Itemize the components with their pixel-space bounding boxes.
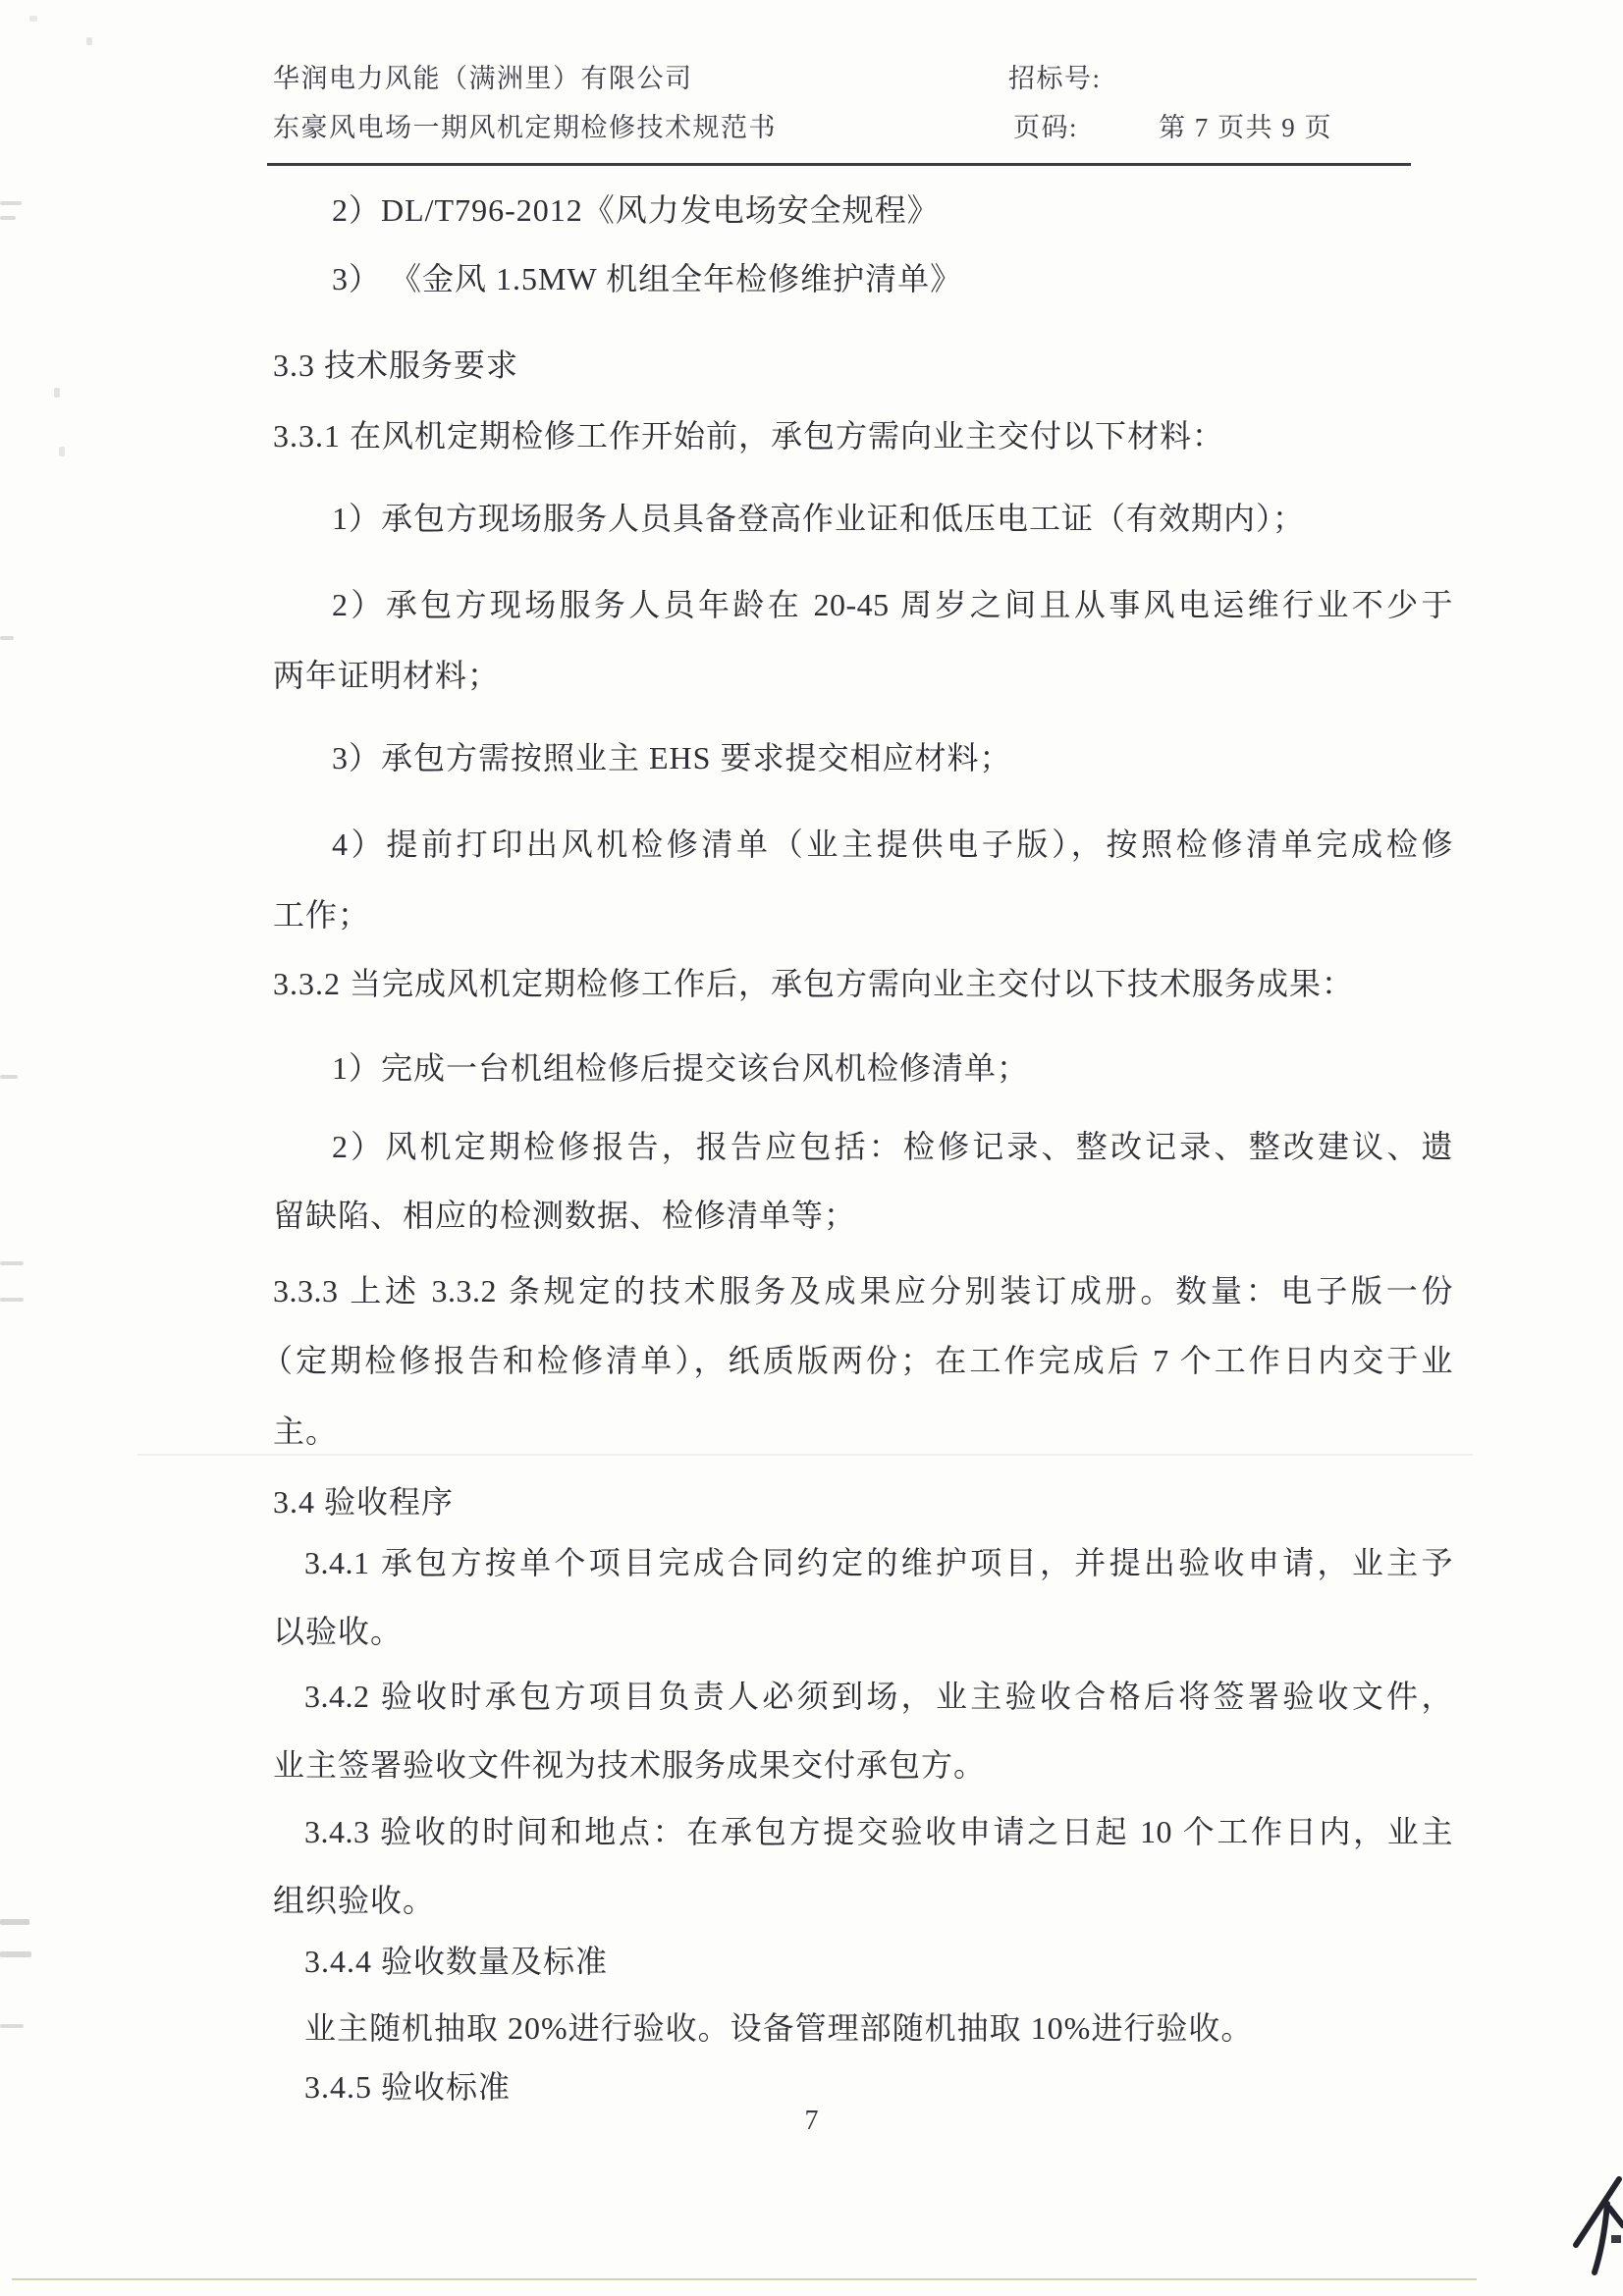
scan-artifact	[54, 388, 60, 398]
page-number: 7	[0, 2106, 1623, 2137]
text-line: （定期检修报告和检修清单），纸质版两份；在工作完成后 7 个工作日内交于业	[261, 1339, 1453, 1382]
handwritten-mark	[1507, 2145, 1623, 2296]
text-line: 两年证明材料；	[273, 654, 500, 697]
document-page: 华润电力风能（满洲里）有限公司 东豪风电场一期风机定期检修技术规范书 招标号: …	[0, 0, 1623, 2296]
header-page-value: 第 7 页共 9 页	[1159, 106, 1332, 144]
scan-artifact	[0, 201, 22, 205]
text-line: 3） 《金风 1.5MW 机组全年检修维护清单》	[332, 257, 962, 300]
scan-artifact	[137, 1454, 1473, 1456]
text-line: 工作；	[273, 893, 370, 936]
text-line: 3.4.3 验收的时间和地点：在承包方提交验收申请之日起 10 个工作日内，业主	[304, 1810, 1453, 1853]
scan-artifact	[0, 2024, 24, 2028]
text-line: 业主签署验收文件视为技术服务成果交付承包方。	[273, 1743, 986, 1787]
header-doc-title: 东豪风电场一期风机定期检修技术规范书	[273, 106, 777, 144]
scan-artifact	[86, 37, 92, 45]
section-heading: 3.4 验收程序	[273, 1480, 454, 1523]
text-line: 3）承包方需按照业主 EHS 要求提交相应材料；	[332, 736, 1011, 779]
text-line: 以验收。	[273, 1610, 403, 1653]
scan-artifact	[0, 636, 14, 640]
text-line: 3.3.1 在风机定期检修工作开始前，承包方需向业主交付以下材料：	[273, 414, 1224, 457]
header-page-label: 页码:	[1013, 106, 1078, 144]
text-line: 3.4.2 验收时承包方项目负责人必须到场，业主验收合格后将签署验收文件，	[304, 1675, 1453, 1718]
header-divider	[267, 163, 1411, 166]
text-line: 2）DL/T796-2012《风力发电场安全规程》	[332, 188, 940, 232]
scan-artifact	[0, 1951, 31, 1957]
scan-artifact	[29, 16, 37, 22]
scan-artifact	[0, 1919, 29, 1925]
text-line: 组织验收。	[273, 1879, 435, 1922]
section-heading: 3.4.4 验收数量及标准	[304, 1940, 608, 1983]
header-company-name: 华润电力风能（满洲里）有限公司	[273, 57, 693, 95]
text-line: 主。	[273, 1410, 338, 1453]
text-line: 3.3.2 当完成风机定期检修工作后，承包方需向业主交付以下技术服务成果：	[273, 962, 1354, 1005]
scan-artifact	[0, 1075, 18, 1079]
text-line: 业主随机抽取 20%进行验收。设备管理部随机抽取 10%进行验收。	[304, 2006, 1253, 2050]
scan-artifact	[59, 447, 65, 456]
text-line: 3.3.3 上述 3.3.2 条规定的技术服务及成果应分别装订成册。数量：电子版…	[273, 1269, 1453, 1312]
section-heading: 3.4.5 验收标准	[304, 2065, 511, 2109]
text-line: 2）承包方现场服务人员年龄在 20-45 周岁之间且从事风电运维行业不少于	[332, 583, 1453, 626]
text-line: 2）风机定期检修报告，报告应包括：检修记录、整改记录、整改建议、遗	[332, 1125, 1453, 1168]
header-bid-number-label: 招标号:	[1008, 57, 1102, 95]
text-line: 1）完成一台机组检修后提交该台风机检修清单；	[332, 1046, 1029, 1090]
text-line: 3.4.1 承包方按单个项目完成合同约定的维护项目，并提出验收申请，业主予	[304, 1541, 1453, 1584]
scan-artifact	[0, 1298, 24, 1302]
text-line: 留缺陷、相应的检测数据、检修清单等；	[273, 1194, 856, 1237]
text-line: 1）承包方现场服务人员具备登高作业证和低压电工证（有效期内）；	[332, 497, 1305, 540]
scan-artifact	[0, 216, 16, 220]
scan-edge-line	[12, 2278, 1477, 2280]
section-heading: 3.3 技术服务要求	[273, 344, 518, 387]
text-line: 4）提前打印出风机检修清单（业主提供电子版），按照检修清单完成检修	[332, 823, 1453, 866]
scan-artifact	[0, 1261, 24, 1265]
